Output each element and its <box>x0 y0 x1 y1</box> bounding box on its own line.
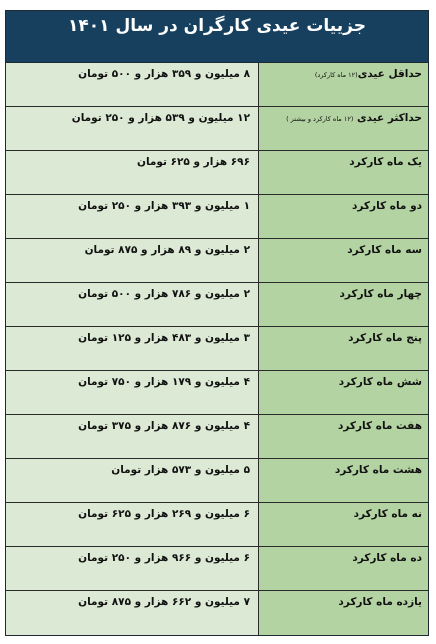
table-row: حداقل عیدی(۱۲ ماه کارکرد) ۸ میلیون و ۳۵۹… <box>6 63 428 107</box>
table-row: دو ماه کارکرد ۱ میلیون و ۳۹۳ هزار و ۲۵۰ … <box>6 195 428 239</box>
row-value: ۱۲ میلیون و ۵۳۹ هزار و ۲۵۰ تومان <box>6 107 258 150</box>
row-label: پنج ماه کارکرد <box>258 327 428 370</box>
row-label: نه ماه کارکرد <box>258 503 428 546</box>
table-row: پنج ماه کارکرد ۳ میلیون و ۴۸۳ هزار و ۱۲۵… <box>6 327 428 371</box>
row-value: ۶ میلیون و ۲۶۹ هزار و ۶۲۵ تومان <box>6 503 258 546</box>
table-row: چهار ماه کارکرد ۲ میلیون و ۷۸۶ هزار و ۵۰… <box>6 283 428 327</box>
row-label: هفت ماه کارکرد <box>258 415 428 458</box>
row-value: ۶۹۶ هزار و ۶۲۵ تومان <box>6 151 258 194</box>
row-label: ده ماه کارکرد <box>258 547 428 590</box>
row-label: چهار ماه کارکرد <box>258 283 428 326</box>
row-label: یک ماه کارکرد <box>258 151 428 194</box>
table-title: جزییات عیدی کارگران در سال ۱۴۰۱ <box>6 11 428 63</box>
table-row: هفت ماه کارکرد ۴ میلیون و ۸۷۶ هزار و ۳۷۵… <box>6 415 428 459</box>
row-value: ۵ میلیون و ۵۷۳ هزار تومان <box>6 459 258 502</box>
row-label-note: (۱۲ ماه کارکرد و بیشتر ) <box>286 115 353 123</box>
table-row: هشت ماه کارکرد ۵ میلیون و ۵۷۳ هزار تومان <box>6 459 428 503</box>
row-value: ۴ میلیون و ۸۷۶ هزار و ۳۷۵ تومان <box>6 415 258 458</box>
table-row: یک ماه کارکرد ۶۹۶ هزار و ۶۲۵ تومان <box>6 151 428 195</box>
table-row: نه ماه کارکرد ۶ میلیون و ۲۶۹ هزار و ۶۲۵ … <box>6 503 428 547</box>
row-label: سه ماه کارکرد <box>258 239 428 282</box>
row-label: هشت ماه کارکرد <box>258 459 428 502</box>
row-value: ۴ میلیون و ۱۷۹ هزار و ۷۵۰ تومان <box>6 371 258 414</box>
table-row: شش ماه کارکرد ۴ میلیون و ۱۷۹ هزار و ۷۵۰ … <box>6 371 428 415</box>
row-value: ۳ میلیون و ۴۸۳ هزار و ۱۲۵ تومان <box>6 327 258 370</box>
row-label-note: (۱۲ ماه کارکرد) <box>315 71 358 79</box>
row-value: ۶ میلیون و ۹۶۶ هزار و ۲۵۰ تومان <box>6 547 258 590</box>
row-label: یازده ماه کارکرد <box>258 591 428 635</box>
table-row: سه ماه کارکرد ۲ میلیون و ۸۹ هزار و ۸۷۵ ت… <box>6 239 428 283</box>
row-label: حداقل عیدی(۱۲ ماه کارکرد) <box>258 63 428 106</box>
table-row: حداکثر عیدی (۱۲ ماه کارکرد و بیشتر ) ۱۲ … <box>6 107 428 151</box>
bonus-details-table: جزییات عیدی کارگران در سال ۱۴۰۱ حداقل عی… <box>5 10 429 636</box>
row-value: ۲ میلیون و ۷۸۶ هزار و ۵۰۰ تومان <box>6 283 258 326</box>
row-value: ۱ میلیون و ۳۹۳ هزار و ۲۵۰ تومان <box>6 195 258 238</box>
row-value: ۷ میلیون و ۶۶۲ هزار و ۸۷۵ تومان <box>6 591 258 635</box>
row-label: دو ماه کارکرد <box>258 195 428 238</box>
table-row: یازده ماه کارکرد ۷ میلیون و ۶۶۲ هزار و ۸… <box>6 591 428 635</box>
row-value: ۸ میلیون و ۳۵۹ هزار و ۵۰۰ تومان <box>6 63 258 106</box>
row-label: شش ماه کارکرد <box>258 371 428 414</box>
row-label: حداکثر عیدی (۱۲ ماه کارکرد و بیشتر ) <box>258 107 428 150</box>
row-value: ۲ میلیون و ۸۹ هزار و ۸۷۵ تومان <box>6 239 258 282</box>
table-row: ده ماه کارکرد ۶ میلیون و ۹۶۶ هزار و ۲۵۰ … <box>6 547 428 591</box>
